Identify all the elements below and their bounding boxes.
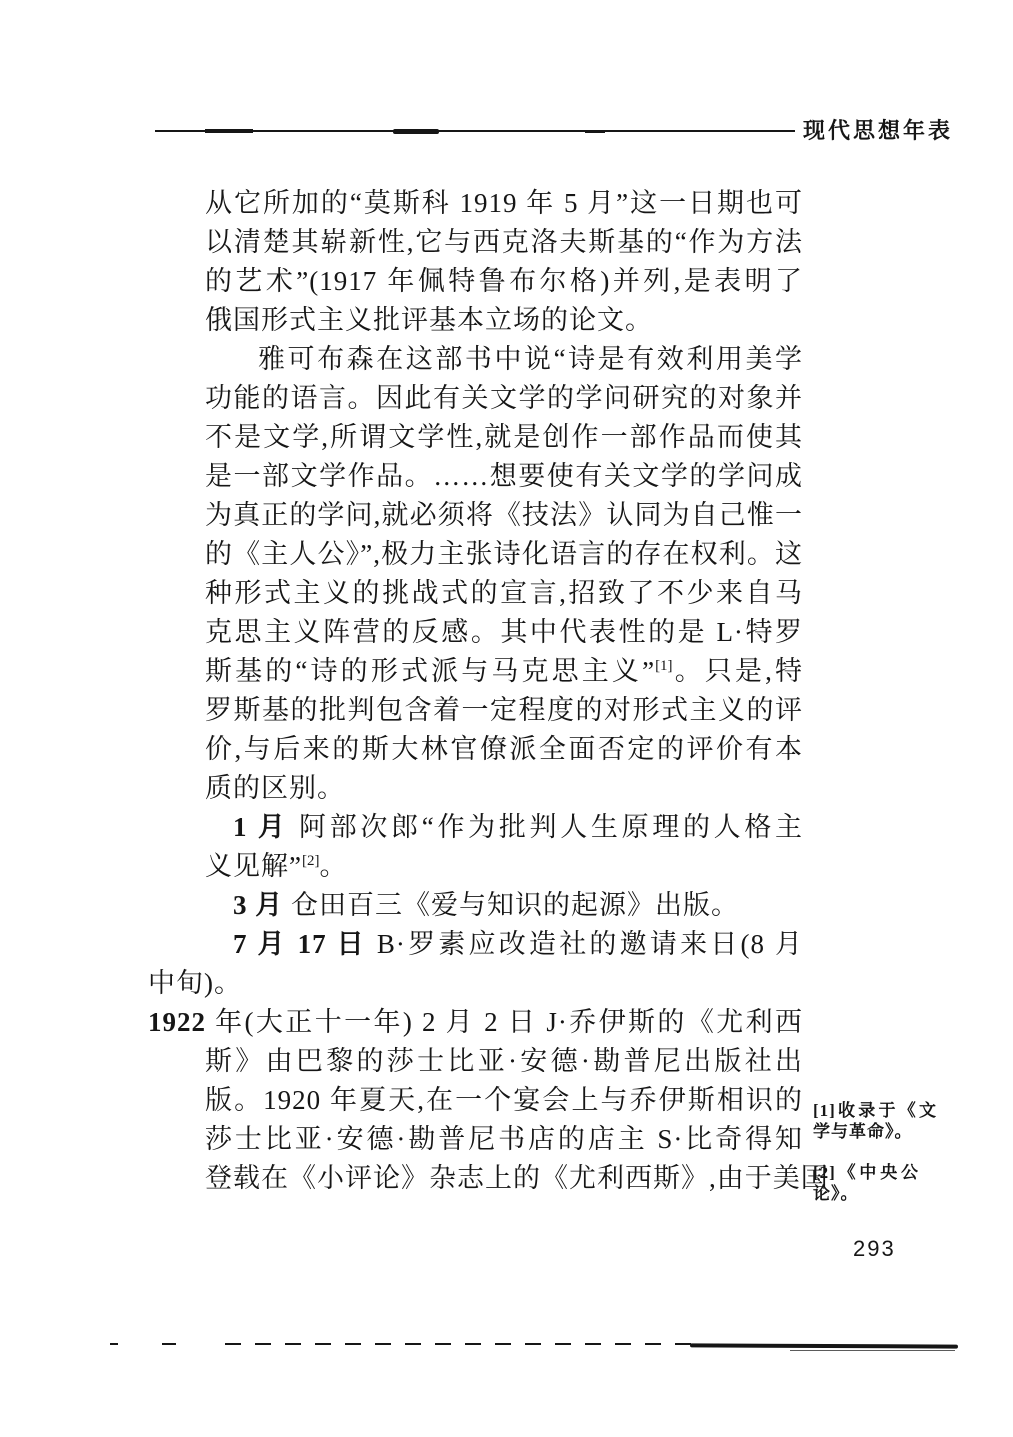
scan-artifact [162,1343,176,1345]
text-line: 罗斯基的批判包含着一定程度的对形式主义的评 [148,691,803,730]
text-line: 种形式主义的挑战式的宣言,招致了不少来自马 [148,574,803,613]
date-marker: 1922 [148,1007,206,1037]
text-segment: 的《主人公》”,极力主张诗化语言的存在权利。这 [205,539,803,569]
text-line: 的《主人公》”,极力主张诗化语言的存在权利。这 [148,535,803,574]
text-line: 中旬)。 [148,964,803,1003]
text-segment: 克思主义阵营的反感。其中代表性的是 L·特罗 [205,617,803,647]
text-segment: 年(大正十一年) 2 月 2 日 J·乔伊斯的《尤利西 [206,1007,803,1037]
text-segment: 功能的语言。因此有关文学的学问研究的对象并 [205,383,803,413]
text-segment: B·罗素应改造社的邀请来日(8 月 [367,929,803,959]
text-line: 斯》由巴黎的莎士比亚·安德·勘普尼出版社出 [148,1042,803,1081]
margin-footnote-1: [1]收录于《文学与革命》。 [813,1100,937,1142]
text-segment: 。 [319,851,347,881]
date-marker: 3 月 [233,890,283,920]
margin-footnote-2: [2]《中央公论》。 [813,1162,919,1204]
text-segment: 登载在《小评论》杂志上的《尤利西斯》,由于美国 [205,1163,829,1193]
scan-smudge [585,130,605,133]
text-segment: 罗斯基的批判包含着一定程度的对形式主义的评 [205,695,803,725]
scan-artifact [110,1343,118,1345]
text-line: 的艺术”(1917 年佩特鲁布尔格)并列,是表明了 [148,262,803,301]
body-text-block: 从它所加的“莫斯科 1919 年 5 月”这一日期也可以清楚其崭新性,它与西克洛… [148,184,803,1198]
text-segment: 版。1920 年夏天,在一个宴会上与乔伊斯相识的 [205,1085,803,1115]
text-segment: 的艺术”(1917 年佩特鲁布尔格)并列,是表明了 [205,266,803,296]
text-line: 7 月 17 日 B·罗素应改造社的邀请来日(8 月 [148,925,803,964]
text-segment: 不是文学,所谓文学性,就是创作一部作品而使其 [205,422,803,452]
text-line: 以清楚其崭新性,它与西克洛夫斯基的“作为方法 [148,223,803,262]
text-segment: 仓田百三《爱与知识的起源》出版。 [283,890,739,920]
text-segment: 是一部文学作品。……想要使有关文学的学问成 [205,461,803,491]
text-segment: 莎士比亚·安德·勘普尼书店的店主 S·比奇得知 [205,1124,803,1154]
footnote-ref: [1] [655,658,673,674]
text-segment: 价,与后来的斯大林官僚派全面否定的评价有本 [205,734,803,764]
text-segment: 义见解” [205,851,302,881]
scan-artifact [790,1350,955,1351]
text-segment: 中旬)。 [148,968,242,998]
text-line: 版。1920 年夏天,在一个宴会上与乔伊斯相识的 [148,1081,803,1120]
page-number: 293 [853,1236,896,1262]
date-marker: 7 月 17 日 [233,929,367,959]
text-segment: 以清楚其崭新性,它与西克洛夫斯基的“作为方法 [205,227,803,257]
text-segment: 斯基的“诗的形式派与马克思主义” [205,656,655,686]
text-line: 克思主义阵营的反感。其中代表性的是 L·特罗 [148,613,803,652]
text-line: 是一部文学作品。……想要使有关文学的学问成 [148,457,803,496]
text-line: 从它所加的“莫斯科 1919 年 5 月”这一日期也可 [148,184,803,223]
text-segment: 质的区别。 [205,773,345,803]
scan-smudge [393,129,439,134]
text-line: 质的区别。 [148,769,803,808]
running-head-title: 现代思想年表 [803,114,953,145]
scan-artifact [225,1343,695,1345]
text-segment: 阿部次郎“作为批判人生原理的人格主 [289,812,803,842]
text-line: 1922 年(大正十一年) 2 月 2 日 J·乔伊斯的《尤利西 [148,1003,803,1042]
text-line: 为真正的学问,就必须将《技法》认同为自己惟一 [148,496,803,535]
text-line: 斯基的“诗的形式派与马克思主义”[1]。只是,特 [148,652,803,691]
text-line: 义见解”[2]。 [148,847,803,886]
text-line: 雅可布森在这部书中说“诗是有效利用美学 [148,340,803,379]
scanned-book-page: { "page": { "colors": { "ink": "#161616"… [0,0,1013,1437]
text-line: 莎士比亚·安德·勘普尼书店的店主 S·比奇得知 [148,1120,803,1159]
text-segment: 种形式主义的挑战式的宣言,招致了不少来自马 [205,578,803,608]
text-segment: 为真正的学问,就必须将《技法》认同为自己惟一 [205,500,803,530]
text-line: 俄国形式主义批评基本立场的论文。 [148,301,803,340]
text-segment: 俄国形式主义批评基本立场的论文。 [205,305,653,335]
text-line: 价,与后来的斯大林官僚派全面否定的评价有本 [148,730,803,769]
text-line: 不是文学,所谓文学性,就是创作一部作品而使其 [148,418,803,457]
scan-artifact [690,1343,958,1348]
text-segment: 从它所加的“莫斯科 1919 年 5 月”这一日期也可 [205,188,803,218]
footnote-ref: [2] [302,853,320,869]
text-line: 功能的语言。因此有关文学的学问研究的对象并 [148,379,803,418]
text-line: 3 月 仓田百三《爱与知识的起源》出版。 [148,886,803,925]
date-marker: 1 月 [233,812,289,842]
text-line: 1 月 阿部次郎“作为批判人生原理的人格主 [148,808,803,847]
text-segment: 斯》由巴黎的莎士比亚·安德·勘普尼出版社出 [205,1046,803,1076]
scan-smudge [205,129,253,133]
text-segment: 雅可布森在这部书中说“诗是有效利用美学 [258,344,803,374]
text-segment: 。只是,特 [673,656,803,686]
text-line: 登载在《小评论》杂志上的《尤利西斯》,由于美国 [148,1159,803,1198]
